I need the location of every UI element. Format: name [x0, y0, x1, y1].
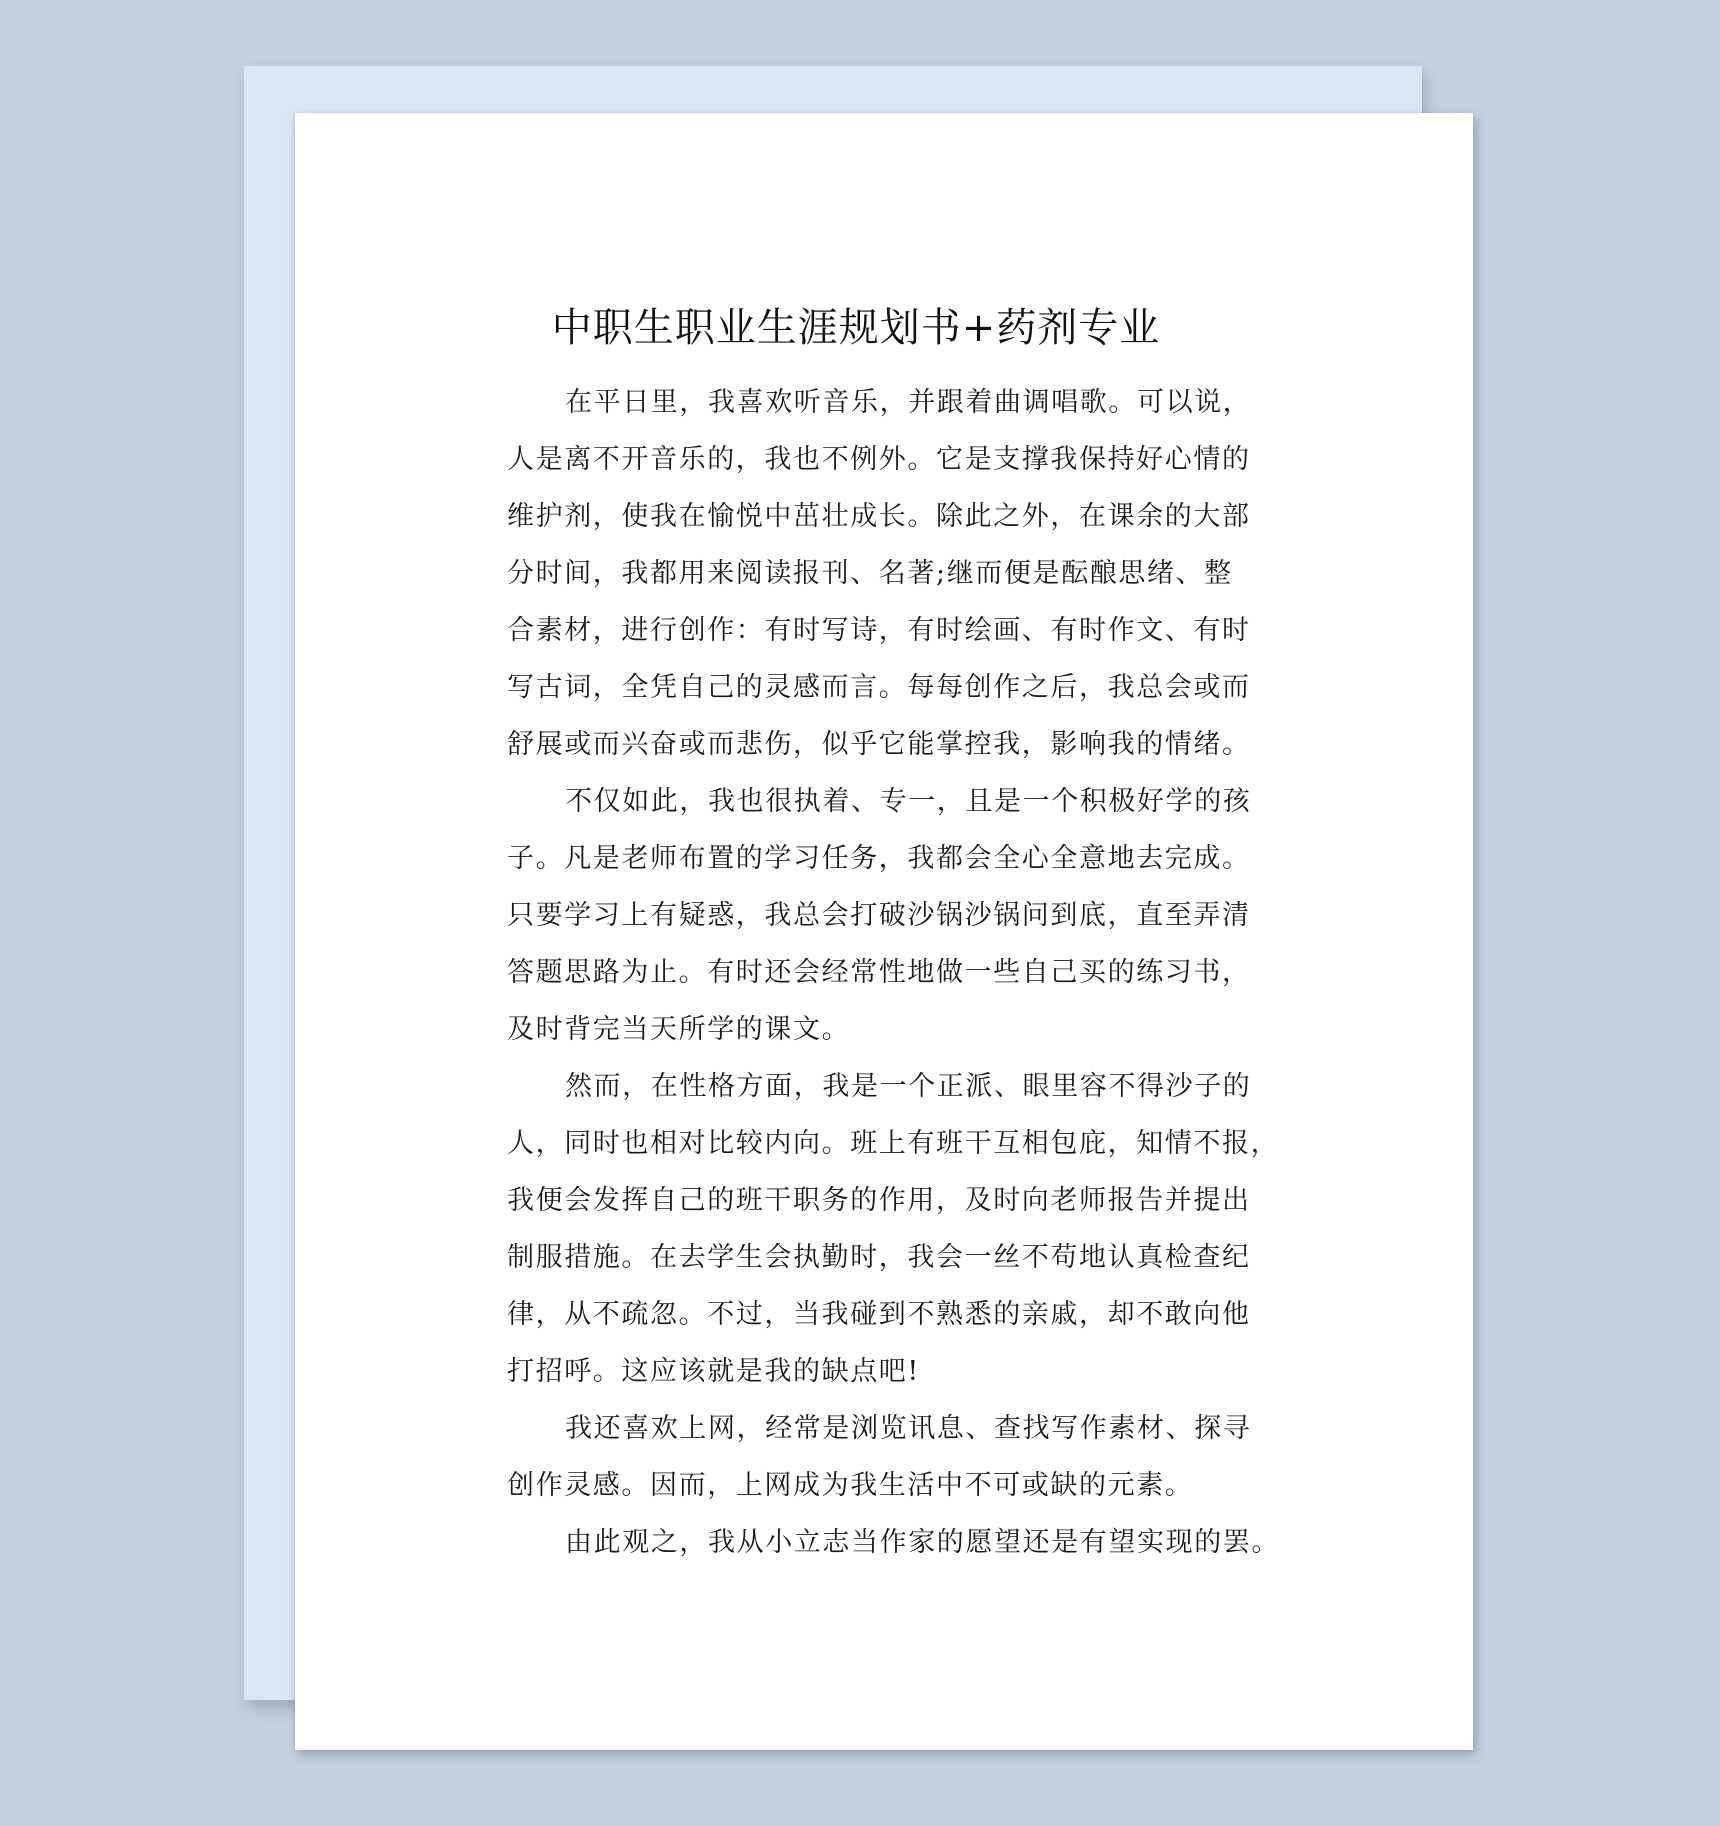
document-title: 中职生职业生涯规划书+药剂专业 [0, 300, 1716, 356]
paragraph-5: 由此观之，我从小立志当作家的愿望还是有望实现的罢。 [507, 1514, 1267, 1571]
text-line: 舒展或而兴奋或而悲伤，似乎它能掌控我，影响我的情绪。 [507, 716, 1267, 773]
text-line: 维护剂，使我在愉悦中茁壮成长。除此之外，在课余的大部 [507, 488, 1267, 545]
text-line: 由此观之，我从小立志当作家的愿望还是有望实现的罢。 [507, 1514, 1267, 1571]
document-body: 在平日里，我喜欢听音乐，并跟着曲调唱歌。可以说， 人是离不开音乐的，我也不例外。… [507, 374, 1267, 1571]
text-line: 人是离不开音乐的，我也不例外。它是支撑我保持好心情的 [507, 431, 1267, 488]
text-line: 在平日里，我喜欢听音乐，并跟着曲调唱歌。可以说， [507, 374, 1267, 431]
text-line: 答题思路为止。有时还会经常性地做一些自己买的练习书， [507, 944, 1267, 1001]
paragraph-4: 我还喜欢上网，经常是浏览讯息、查找写作素材、探寻 创作灵感。因而，上网成为我生活… [507, 1400, 1267, 1514]
text-line: 我还喜欢上网，经常是浏览讯息、查找写作素材、探寻 [507, 1400, 1267, 1457]
text-line: 写古词，全凭自己的灵感而言。每每创作之后，我总会或而 [507, 659, 1267, 716]
text-line: 然而，在性格方面，我是一个正派、眼里容不得沙子的 [507, 1058, 1267, 1115]
text-line: 创作灵感。因而，上网成为我生活中不可或缺的元素。 [507, 1457, 1267, 1514]
text-line: 打招呼。这应该就是我的缺点吧! [507, 1343, 1267, 1400]
text-line: 不仅如此，我也很执着、专一，且是一个积极好学的孩 [507, 773, 1267, 830]
paragraph-3: 然而，在性格方面，我是一个正派、眼里容不得沙子的 人，同时也相对比较内向。班上有… [507, 1058, 1267, 1400]
text-line: 合素材，进行创作：有时写诗，有时绘画、有时作文、有时 [507, 602, 1267, 659]
text-line: 人，同时也相对比较内向。班上有班干互相包庇，知情不报， [507, 1115, 1267, 1172]
paragraph-2: 不仅如此，我也很执着、专一，且是一个积极好学的孩 子。凡是老师布置的学习任务，我… [507, 773, 1267, 1058]
text-line: 只要学习上有疑惑，我总会打破沙锅沙锅问到底，直至弄清 [507, 887, 1267, 944]
text-line: 及时背完当天所学的课文。 [507, 1001, 1267, 1058]
paragraph-1: 在平日里，我喜欢听音乐，并跟着曲调唱歌。可以说， 人是离不开音乐的，我也不例外。… [507, 374, 1267, 773]
text-line: 分时间，我都用来阅读报刊、名著;继而便是酝酿思绪、整 [507, 545, 1267, 602]
text-line: 制服措施。在去学生会执勤时，我会一丝不苟地认真检查纪 [507, 1229, 1267, 1286]
text-line: 我便会发挥自己的班干职务的作用，及时向老师报告并提出 [507, 1172, 1267, 1229]
text-line: 子。凡是老师布置的学习任务，我都会全心全意地去完成。 [507, 830, 1267, 887]
text-line: 律，从不疏忽。不过，当我碰到不熟悉的亲戚，却不敢向他 [507, 1286, 1267, 1343]
